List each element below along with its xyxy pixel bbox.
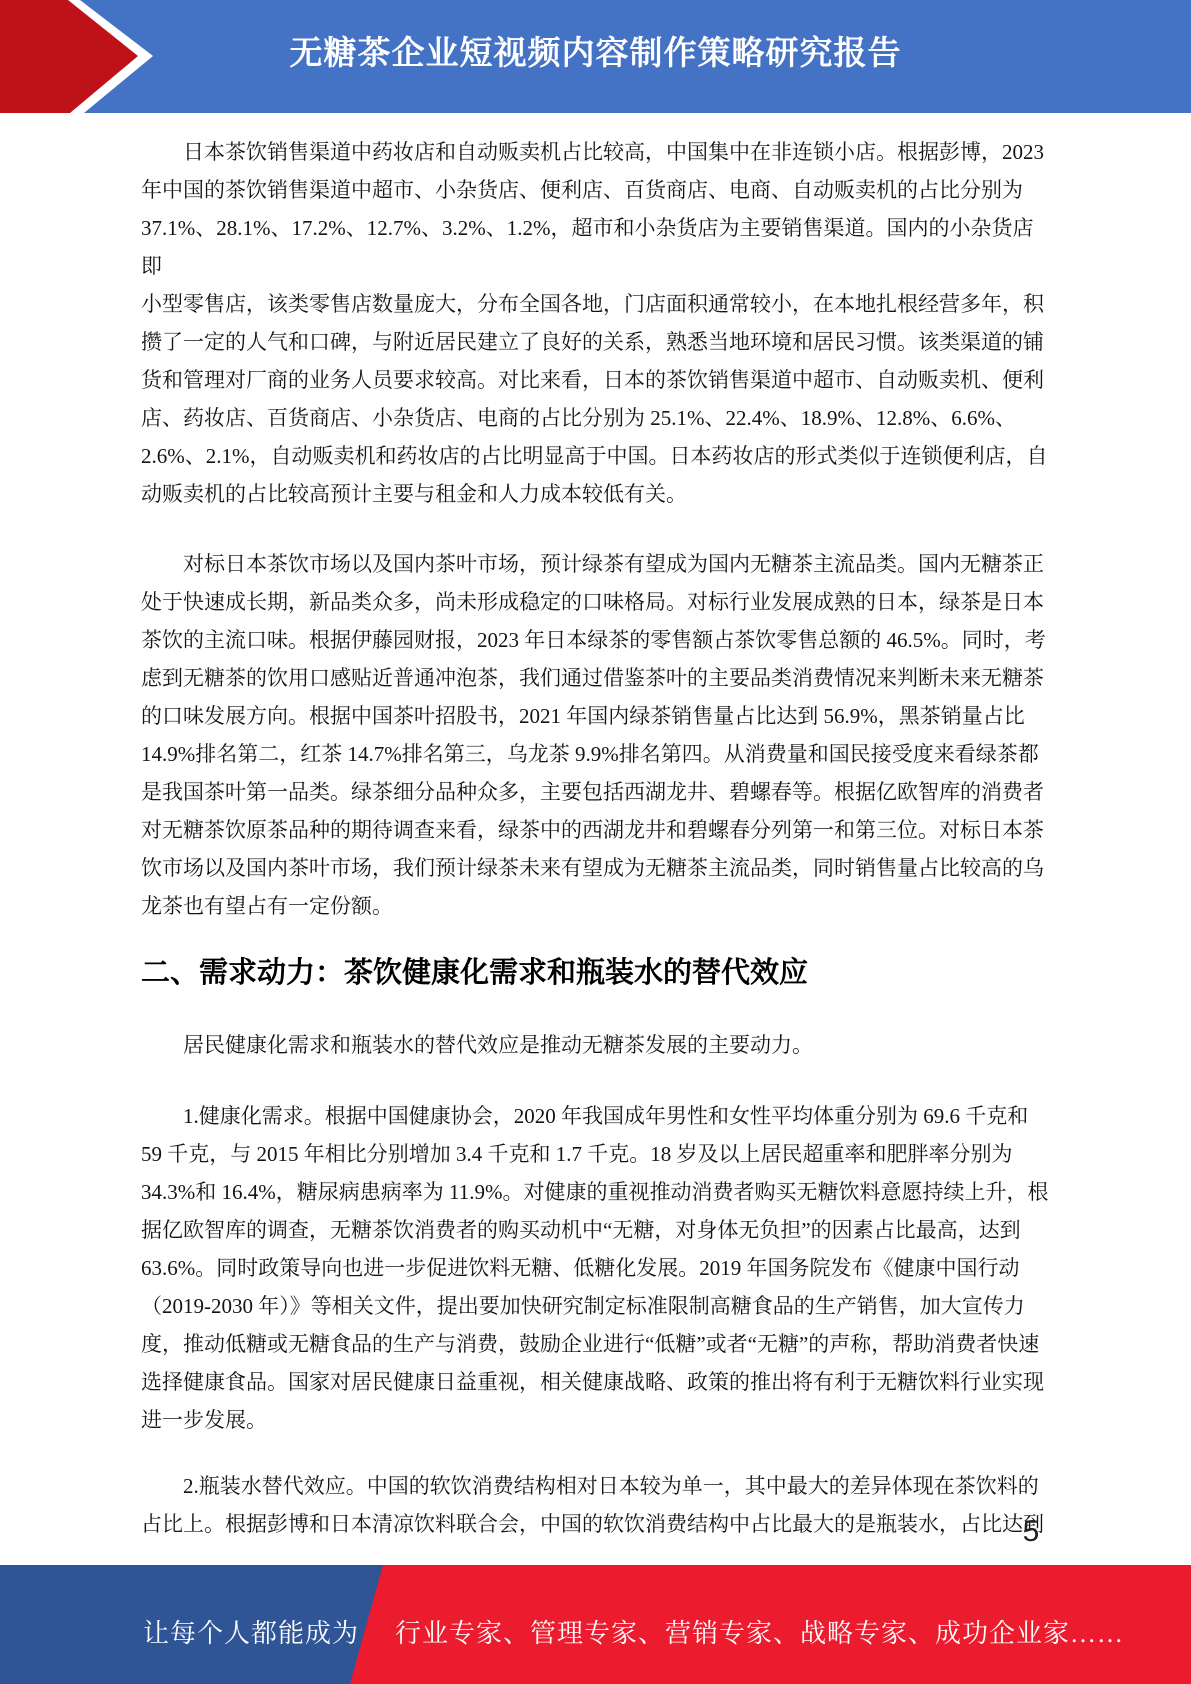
report-title: 无糖茶企业短视频内容制作策略研究报告	[0, 27, 1191, 74]
section-heading-demand-drivers: 二、需求动力：茶饮健康化需求和瓶装水的替代效应	[141, 952, 1053, 994]
footer-slogan-left: 让每个人都能成为	[143, 1613, 359, 1650]
paragraph-sales-channels: 日本茶饮销售渠道中药妆店和自动贩卖机占比较高，中国集中在非连锁小店。根据彭博，2…	[141, 133, 1053, 513]
paragraph-bottled-water-substitution: 2.瓶装水替代效应。中国的软饮消费结构相对日本较为单一，其中最大的差异体现在茶饮…	[141, 1467, 1053, 1543]
paragraph-demand-intro: 居民健康化需求和瓶装水的替代效应是推动无糖茶发展的主要动力。	[141, 1026, 1053, 1064]
report-banner: 无糖茶企业短视频内容制作策略研究报告	[0, 0, 1191, 113]
paragraph-green-tea-outlook: 对标日本茶饮市场以及国内茶叶市场，预计绿茶有望成为国内无糖茶主流品类。国内无糖茶…	[141, 545, 1053, 925]
page-footer: 让每个人都能成为 行业专家、管理专家、营销专家、战略专家、成功企业家……	[0, 1565, 1191, 1684]
paragraph-health-demand: 1.健康化需求。根据中国健康协会，2020 年我国成年男性和女性平均体重分别为 …	[141, 1097, 1053, 1439]
footer-slogan-right: 行业专家、管理专家、营销专家、战略专家、成功企业家……	[395, 1613, 1124, 1650]
page-number: 5	[1009, 1515, 1053, 1551]
document-body: 日本茶饮销售渠道中药妆店和自动贩卖机占比较高，中国集中在非连锁小店。根据彭博，2…	[141, 113, 1053, 1543]
